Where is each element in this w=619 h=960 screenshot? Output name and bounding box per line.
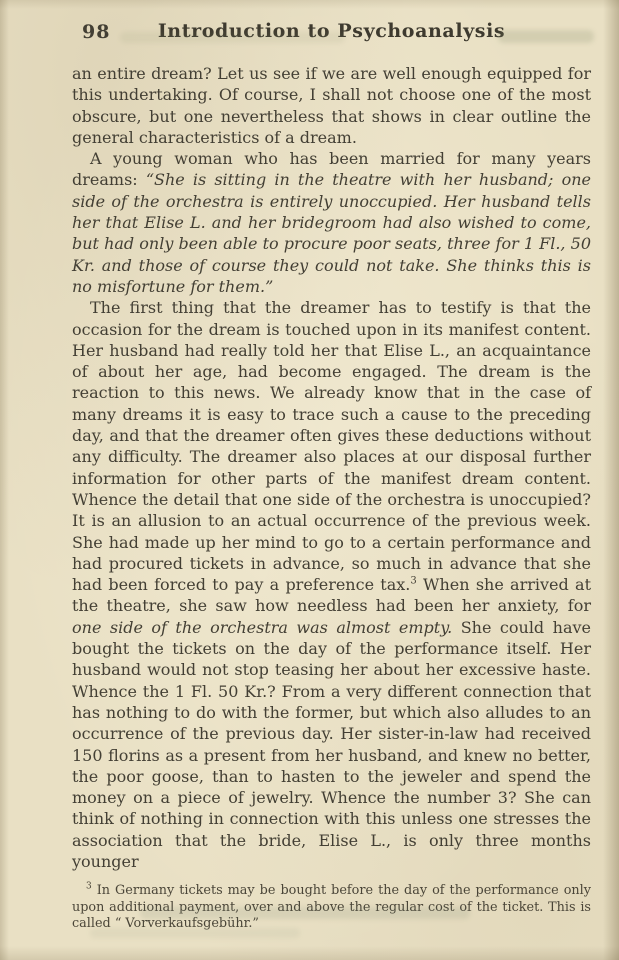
page-content: 98 Introduction to Psychoanalysis an ent… bbox=[0, 0, 619, 933]
running-head-title: Introduction to Psychoanalysis bbox=[72, 20, 591, 42]
dream-quote-text: one side of the orchestra was almost emp… bbox=[72, 618, 452, 637]
footnote: 3 In Germany tickets may be bought befor… bbox=[72, 883, 591, 933]
paragraph: The first thing that the dreamer has to … bbox=[72, 297, 591, 872]
paragraph-text: She could have bought the tickets on the… bbox=[72, 618, 591, 871]
book-page-scan: 98 Introduction to Psychoanalysis an ent… bbox=[0, 0, 619, 960]
body-text: an entire dream? Let us see if we are we… bbox=[72, 63, 591, 872]
dream-quote-text: “She is sitting in the theatre with her … bbox=[72, 170, 591, 295]
paragraph-text: The first thing that the dreamer has to … bbox=[72, 298, 591, 594]
footnote-text: In Germany tickets may be bought before … bbox=[72, 883, 591, 931]
page-number: 98 bbox=[82, 21, 110, 43]
paragraph: an entire dream? Let us see if we are we… bbox=[72, 63, 591, 148]
running-header: 98 Introduction to Psychoanalysis bbox=[72, 20, 591, 50]
paragraph: A young woman who has been married for m… bbox=[72, 148, 591, 297]
paragraph-text: an entire dream? Let us see if we are we… bbox=[72, 64, 591, 147]
